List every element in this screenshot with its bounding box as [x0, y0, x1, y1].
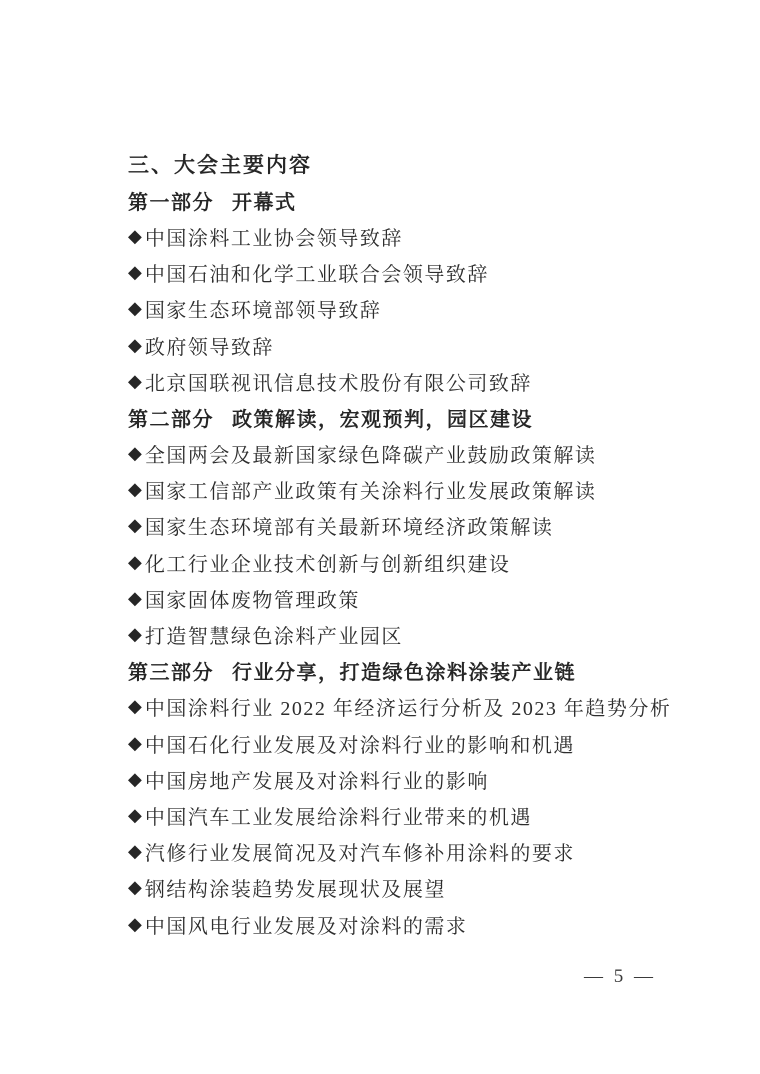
diamond-bullet-icon: ◆ — [128, 877, 142, 898]
diamond-bullet-icon: ◆ — [128, 262, 142, 283]
list-item: ◆ 国家生态环境部有关最新环境经济政策解读 — [128, 508, 688, 544]
diamond-bullet-icon: ◆ — [128, 914, 142, 935]
page-title: 三、大会主要内容 — [128, 146, 688, 182]
list-item: ◆ 北京国联视讯信息技术股份有限公司致辞 — [128, 363, 688, 399]
diamond-bullet-icon: ◆ — [128, 371, 142, 392]
diamond-bullet-icon: ◆ — [128, 479, 142, 500]
part-1-heading: 第一部分 开幕式 — [128, 182, 688, 218]
list-item: ◆ 化工行业企业技术创新与创新组织建设 — [128, 544, 688, 580]
diamond-bullet-icon: ◆ — [128, 515, 142, 536]
diamond-bullet-icon: ◆ — [128, 226, 142, 247]
list-item: ◆ 国家工信部产业政策有关涂料行业发展政策解读 — [128, 472, 688, 508]
part-2-title: 政策解读，宏观预判，园区建设 — [232, 403, 533, 432]
part-1-label: 第一部分 — [128, 186, 214, 215]
list-item-text: 中国涂料工业协会领导致辞 — [145, 222, 403, 251]
part-2-heading: 第二部分 政策解读，宏观预判，园区建设 — [128, 399, 688, 435]
list-item-text: 全国两会及最新国家绿色降碳产业鼓励政策解读 — [145, 439, 597, 468]
list-item: ◆ 国家固体废物管理政策 — [128, 580, 688, 616]
list-item: ◆ 中国房地产发展及对涂料行业的影响 — [128, 761, 688, 797]
list-item-text: 中国涂料行业 2022 年经济运行分析及 2023 年趋势分析 — [145, 692, 672, 721]
diamond-bullet-icon: ◆ — [128, 552, 142, 573]
list-item: ◆ 中国石化行业发展及对涂料行业的影响和机遇 — [128, 725, 688, 761]
list-item: ◆ 中国涂料行业 2022 年经济运行分析及 2023 年趋势分析 — [128, 689, 688, 725]
list-item: ◆ 中国涂料工业协会领导致辞 — [128, 218, 688, 254]
list-item: ◆ 钢结构涂装趋势发展现状及展望 — [128, 870, 688, 906]
list-item: ◆ 全国两会及最新国家绿色降碳产业鼓励政策解读 — [128, 436, 688, 472]
list-item-text: 中国房地产发展及对涂料行业的影响 — [145, 765, 489, 794]
list-item-text: 北京国联视讯信息技术股份有限公司致辞 — [145, 367, 532, 396]
diamond-bullet-icon: ◆ — [128, 733, 142, 754]
list-item-text: 中国汽车工业发展给涂料行业带来的机遇 — [145, 801, 532, 830]
part-3-heading: 第三部分 行业分享，打造绿色涂料涂装产业链 — [128, 653, 688, 689]
diamond-bullet-icon: ◆ — [128, 335, 142, 356]
list-item-text: 中国石油和化学工业联合会领导致辞 — [145, 258, 489, 287]
document-page: 三、大会主要内容 第一部分 开幕式 ◆ 中国涂料工业协会领导致辞 ◆ 中国石油和… — [0, 0, 760, 1074]
list-item-text: 国家固体废物管理政策 — [145, 584, 360, 613]
part-3-label: 第三部分 — [128, 656, 214, 685]
list-item-text: 政府领导致辞 — [145, 331, 274, 360]
diamond-bullet-icon: ◆ — [128, 769, 142, 790]
list-item-text: 打造智慧绿色涂料产业园区 — [145, 620, 403, 649]
list-item: ◆ 中国汽车工业发展给涂料行业带来的机遇 — [128, 797, 688, 833]
diamond-bullet-icon: ◆ — [128, 588, 142, 609]
list-item-text: 汽修行业发展简况及对汽车修补用涂料的要求 — [145, 837, 575, 866]
list-item: ◆ 政府领导致辞 — [128, 327, 688, 363]
list-item-text: 国家生态环境部领导致辞 — [145, 294, 382, 323]
list-item: ◆ 汽修行业发展简况及对汽车修补用涂料的要求 — [128, 834, 688, 870]
diamond-bullet-icon: ◆ — [128, 298, 142, 319]
diamond-bullet-icon: ◆ — [128, 805, 142, 826]
part-3-title: 行业分享，打造绿色涂料涂装产业链 — [232, 656, 576, 685]
list-item-text: 国家生态环境部有关最新环境经济政策解读 — [145, 511, 554, 540]
list-item-text: 国家工信部产业政策有关涂料行业发展政策解读 — [145, 475, 597, 504]
diamond-bullet-icon: ◆ — [128, 443, 142, 464]
list-item: ◆ 中国石油和化学工业联合会领导致辞 — [128, 255, 688, 291]
list-item: ◆ 中国风电行业发展及对涂料的需求 — [128, 906, 688, 942]
part-2-label: 第二部分 — [128, 403, 214, 432]
diamond-bullet-icon: ◆ — [128, 624, 142, 645]
list-item-text: 中国石化行业发展及对涂料行业的影响和机遇 — [145, 729, 575, 758]
document-content: 三、大会主要内容 第一部分 开幕式 ◆ 中国涂料工业协会领导致辞 ◆ 中国石油和… — [128, 146, 688, 942]
part-1-title: 开幕式 — [232, 186, 297, 215]
list-item: ◆ 打造智慧绿色涂料产业园区 — [128, 616, 688, 652]
diamond-bullet-icon: ◆ — [128, 841, 142, 862]
list-item-text: 钢结构涂装趋势发展现状及展望 — [145, 873, 446, 902]
list-item-text: 化工行业企业技术创新与创新组织建设 — [145, 548, 511, 577]
list-item: ◆ 国家生态环境部领导致辞 — [128, 291, 688, 327]
list-item-text: 中国风电行业发展及对涂料的需求 — [145, 910, 468, 939]
diamond-bullet-icon: ◆ — [128, 696, 142, 717]
page-number: — 5 — — [584, 966, 656, 988]
